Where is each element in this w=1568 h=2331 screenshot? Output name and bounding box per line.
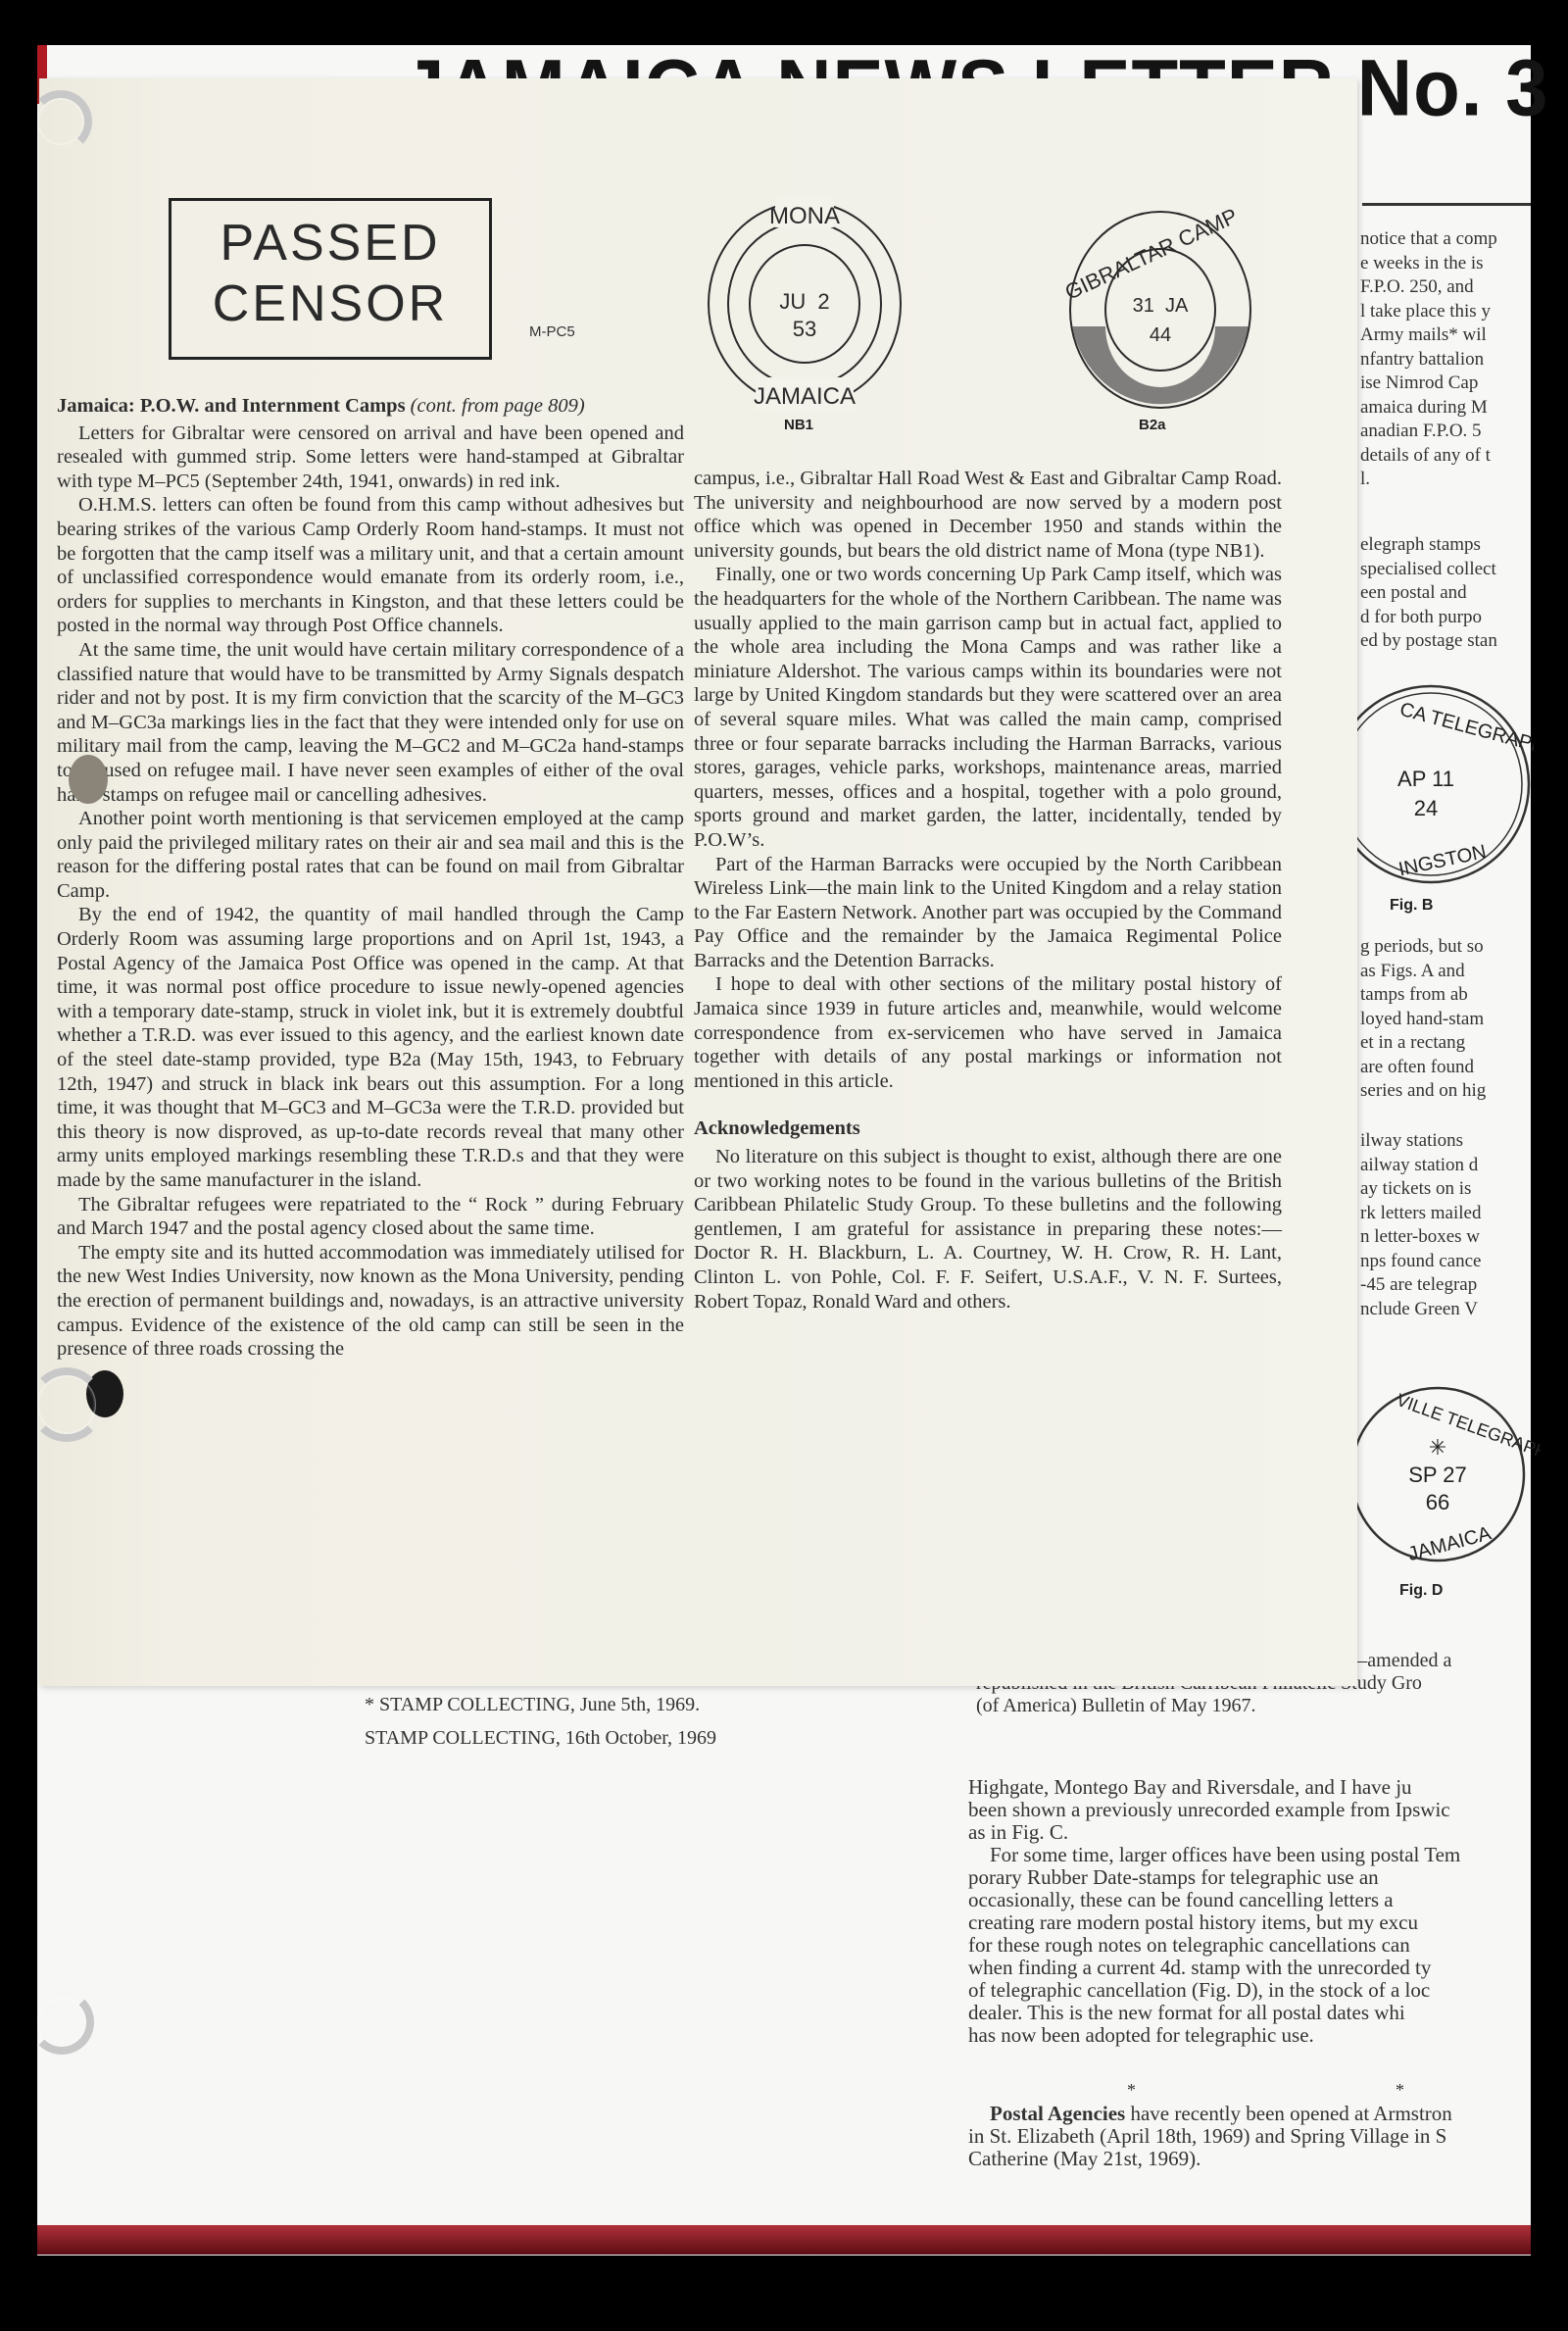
lower-text-line: For some time, larger offices have been … bbox=[968, 1844, 1556, 1866]
back-text-line: series and on hig bbox=[1360, 1079, 1537, 1104]
article-heading-cont: (cont. from page 809) bbox=[411, 395, 585, 417]
nb1-date-line1: JU 2 bbox=[779, 289, 829, 314]
article-paragraph: Finally, one or two words concerning Up … bbox=[694, 563, 1282, 852]
back-text-line: d for both purpo bbox=[1360, 606, 1537, 630]
back-right-column-top: notice that a compe weeks in the isF.P.O… bbox=[1360, 227, 1537, 492]
back-right-column-after-b: g periods, but soas Figs. A andtamps fro… bbox=[1360, 935, 1537, 1104]
footnote-line-text: * STAMP COLLECTING, June 5th, 1969. bbox=[365, 1688, 716, 1721]
lower-text-line: occasionally, these can be found cancell… bbox=[968, 1889, 1556, 1911]
article-heading-title: Jamaica: P.O.W. and Internment Camps bbox=[57, 395, 406, 417]
article-paragraph: By the end of 1942, the quantity of mail… bbox=[57, 903, 684, 1192]
nb1-bottom-text: JAMAICA bbox=[754, 383, 856, 410]
b2a-date-line2: 44 bbox=[1150, 324, 1171, 346]
back-right-column-mid: elegraph stampsspecialised collecteen po… bbox=[1360, 533, 1537, 654]
article-paragraph: Part of the Harman Barracks were occupie… bbox=[694, 853, 1282, 973]
svg-text:VILLE TELEGRAPHS: VILLE TELEGRAPHS bbox=[1394, 1390, 1541, 1467]
article-paragraph: The empty site and its hutted accommodat… bbox=[57, 1241, 684, 1362]
fig-b-date-line2: 24 bbox=[1414, 796, 1438, 820]
nb1-top-text: MONA bbox=[769, 203, 840, 229]
postal-agencies-line: have recently been opened at Armstron bbox=[1125, 2103, 1452, 2125]
postal-agencies-lead: Postal Agencies bbox=[990, 2103, 1125, 2125]
article-paragraph: Another point worth mentioning is that s… bbox=[57, 807, 684, 903]
back-text-line: amaica during M bbox=[1360, 396, 1537, 421]
back-text-line: notice that a comp bbox=[1360, 227, 1537, 252]
acknowledgements-text: No literature on this subject is thought… bbox=[694, 1145, 1282, 1314]
svg-text:CA TELEGRAPHS: CA TELEGRAPHS bbox=[1397, 699, 1534, 762]
article-paragraph: Letters for Gibraltar were censored on a… bbox=[57, 422, 684, 494]
back-text-line: l. bbox=[1360, 468, 1537, 492]
nb1-date-line2: 53 bbox=[793, 317, 816, 341]
lower-text-line: for these rough notes on telegraphic can… bbox=[968, 1934, 1556, 1957]
lower-text-line: has now been adopted for telegraphic use… bbox=[968, 2024, 1556, 2047]
back-text-line: n letter-boxes w bbox=[1360, 1225, 1537, 1250]
front-page: PASSED CENSOR M-PC5 MONA JAMAICA JU 2 53… bbox=[39, 78, 1357, 1686]
acknowledgements-heading: Acknowledgements bbox=[694, 1116, 1282, 1141]
fig-d-label: Fig. D bbox=[1399, 1582, 1443, 1600]
article-paragraph: campus, i.e., Gibraltar Hall Road West &… bbox=[694, 467, 1282, 563]
lower-text-line: of telegraphic cancellation (Fig. D), in… bbox=[968, 1979, 1556, 2002]
fig-d-date-line1: SP 27 bbox=[1408, 1463, 1467, 1487]
article-right-column: campus, i.e., Gibraltar Hall Road West &… bbox=[694, 467, 1282, 1314]
column-rule bbox=[1362, 203, 1531, 206]
back-text-line: nclude Green V bbox=[1360, 1298, 1537, 1322]
back-text-line: g periods, but so bbox=[1360, 935, 1537, 960]
article-paragraph: At the same time, the unit would have ce… bbox=[57, 638, 684, 807]
back-text-line: ed by postage stan bbox=[1360, 629, 1537, 654]
left-column-paragraphs: Letters for Gibraltar were censored on a… bbox=[57, 422, 684, 1362]
article-paragraph: O.H.M.S. letters can often be found from… bbox=[57, 493, 684, 638]
back-text-line: details of any of t bbox=[1360, 444, 1537, 469]
binder-ring-middle bbox=[29, 1367, 104, 1442]
back-text-line: et in a rectang bbox=[1360, 1031, 1537, 1056]
nb1-stamp-icon: MONA JAMAICA JU 2 53 bbox=[702, 196, 907, 431]
back-text-line: anadian F.P.O. 5 bbox=[1360, 420, 1537, 444]
back-text-line: ilway stations bbox=[1360, 1129, 1537, 1154]
lower-text-line: porary Rubber Date-stamps for telegraphi… bbox=[968, 1866, 1556, 1889]
lower-text-line: when finding a current 4d. stamp with th… bbox=[968, 1957, 1556, 1979]
footnote-line-text: (of America) Bulletin of May 1967. bbox=[976, 1695, 1535, 1717]
fig-d-stamp-icon: ✳ SP 27 66 VILLE TELEGRAPHS JAMAICA bbox=[1345, 1384, 1541, 1570]
lower-text-line: been shown a previously unrecorded examp… bbox=[968, 1799, 1556, 1821]
back-text-line: are often found bbox=[1360, 1056, 1537, 1080]
back-text-line: l take place this y bbox=[1360, 300, 1537, 324]
article-paragraph: I hope to deal with other sections of th… bbox=[694, 972, 1282, 1093]
back-text-line: e weeks in the is bbox=[1360, 252, 1537, 276]
back-text-line: loyed hand-stam bbox=[1360, 1008, 1537, 1032]
article-left-column: Jamaica: P.O.W. and Internment Camps (co… bbox=[57, 394, 684, 1362]
fig-b-label: Fig. B bbox=[1390, 897, 1433, 915]
binder-ring-bottom bbox=[29, 1990, 94, 2055]
censor-type-label: M-PC5 bbox=[529, 323, 575, 340]
back-text-line: tamps from ab bbox=[1360, 983, 1537, 1008]
article-paragraph: The Gibraltar refugees were repatriated … bbox=[57, 1193, 684, 1241]
lower-text-line: dealer. This is the new format for all p… bbox=[968, 2002, 1556, 2024]
passed-censor-stamp-icon: PASSED CENSOR bbox=[169, 198, 492, 360]
lower-text-line: creating rare modern postal history item… bbox=[968, 1911, 1556, 1934]
postal-agencies-paragraph: Postal Agencies have recently been opene… bbox=[968, 2103, 1556, 2170]
back-text-line: ay tickets on is bbox=[1360, 1177, 1537, 1202]
censor-line1: PASSED bbox=[171, 213, 489, 273]
right-column-paragraphs: campus, i.e., Gibraltar Hall Road West &… bbox=[694, 467, 1282, 1093]
binder-bottom-edge bbox=[37, 2225, 1531, 2255]
postal-agencies-line: Catherine (May 21st, 1969). bbox=[968, 2148, 1556, 2170]
b2a-label: B2a bbox=[1139, 417, 1166, 433]
back-text-line: Army mails* wil bbox=[1360, 323, 1537, 348]
back-text-line: rk letters mailed bbox=[1360, 1202, 1537, 1226]
lower-text-line: as in Fig. C. bbox=[968, 1821, 1556, 1844]
fig-b-date-line1: AP 11 bbox=[1397, 767, 1454, 791]
svg-text:✳: ✳ bbox=[1429, 1435, 1446, 1460]
binder-ring-top bbox=[29, 90, 92, 153]
fig-d-date-line2: 66 bbox=[1426, 1490, 1449, 1514]
footnote-line-text: STAMP COLLECTING, 16th October, 1969 bbox=[365, 1721, 716, 1755]
b2a-stamp-icon: GIBRALTAR CAMP 31 JA 44 bbox=[1062, 204, 1258, 420]
article-heading: Jamaica: P.O.W. and Internment Camps (co… bbox=[57, 394, 684, 419]
section-separator: * * * * bbox=[1127, 2080, 1568, 2101]
punch-hole-top bbox=[69, 755, 108, 804]
back-text-line: ailway station d bbox=[1360, 1154, 1537, 1178]
back-lower-text: Highgate, Montego Bay and Riversdale, an… bbox=[968, 1776, 1556, 2047]
back-text-line: ise Nimrod Cap bbox=[1360, 372, 1537, 396]
b2a-date-line1: 31 JA bbox=[1133, 295, 1189, 317]
svg-text:GIBRALTAR CAMP: GIBRALTAR CAMP bbox=[1062, 204, 1242, 305]
censor-line2: CENSOR bbox=[171, 273, 489, 334]
back-text-line: nps found cance bbox=[1360, 1250, 1537, 1274]
back-text-line: as Figs. A and bbox=[1360, 960, 1537, 984]
back-right-column-rail: ilway stationsailway station day tickets… bbox=[1360, 1129, 1537, 1321]
back-text-line: een postal and bbox=[1360, 581, 1537, 606]
nb1-label: NB1 bbox=[784, 417, 813, 433]
fig-b-stamp-icon: AP 11 24 CA TELEGRAPHS INGSTON bbox=[1352, 676, 1534, 892]
footnote-left: * STAMP COLLECTING, June 5th, 1969.STAMP… bbox=[365, 1688, 716, 1755]
lower-text-line: Highgate, Montego Bay and Riversdale, an… bbox=[968, 1776, 1556, 1799]
postal-agencies-line: in St. Elizabeth (April 18th, 1969) and … bbox=[968, 2125, 1556, 2148]
back-text-line: nfantry battalion bbox=[1360, 348, 1537, 372]
back-text-line: -45 are telegrap bbox=[1360, 1273, 1537, 1298]
back-text-line: elegraph stamps bbox=[1360, 533, 1537, 558]
back-text-line: F.P.O. 250, and bbox=[1360, 275, 1537, 300]
back-text-line: specialised collect bbox=[1360, 558, 1537, 582]
